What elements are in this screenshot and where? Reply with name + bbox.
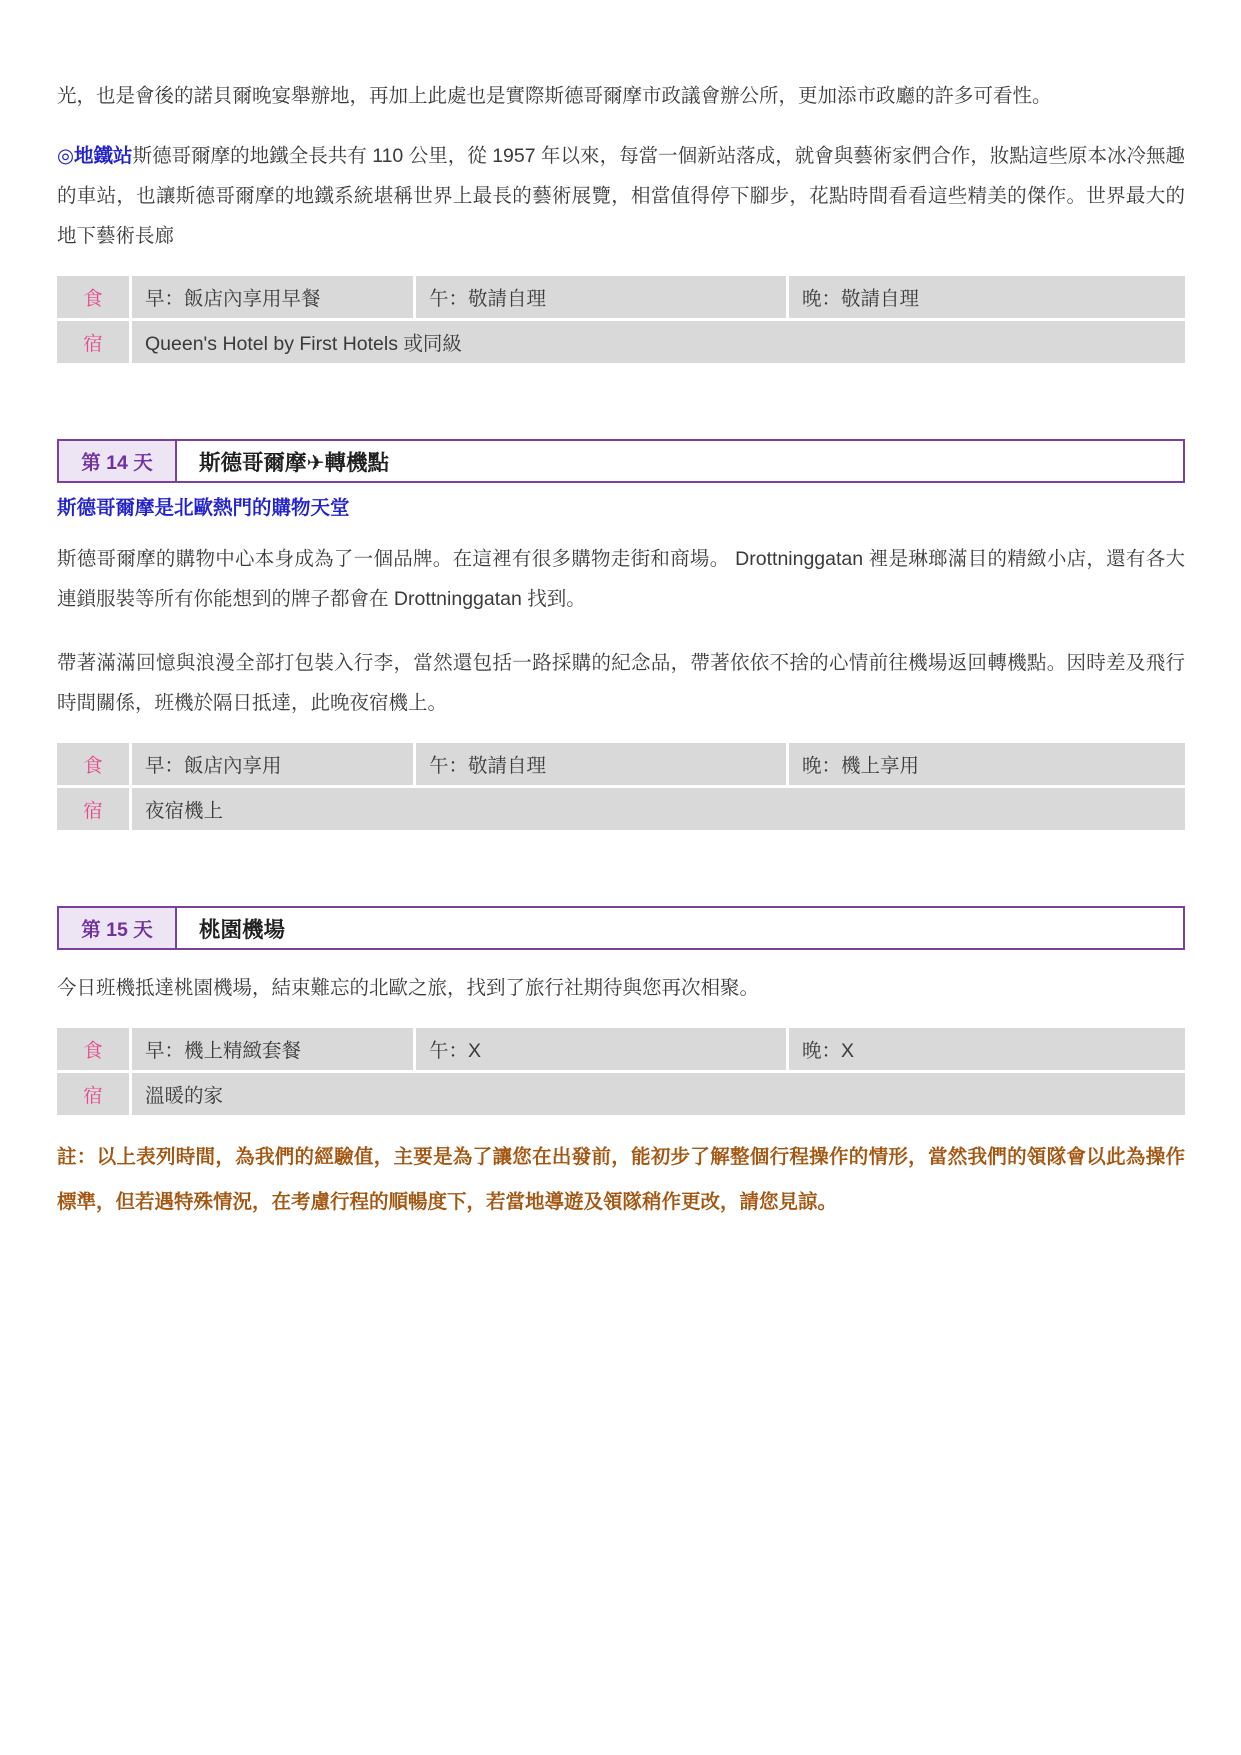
meal-table-day13: 食 早：飯店內享用早餐 午：敬請自理 晚：敬請自理 宿 Queen's Hote…	[57, 276, 1185, 363]
dinner-cell: 晚：機上享用	[789, 743, 1185, 785]
breakfast-cell: 早：飯店內享用	[132, 743, 413, 785]
breakfast-cell: 早：機上精緻套餐	[132, 1028, 413, 1070]
lunch-cell: 午：敬請自理	[416, 743, 786, 785]
meal-label: 食	[57, 276, 129, 318]
day14-label: 第 14 天	[59, 441, 177, 481]
breakfast-cell: 早：飯店內享用早餐	[132, 276, 413, 318]
day14-header: 第 14 天 斯德哥爾摩✈轉機點	[57, 439, 1185, 483]
day15-header: 第 15 天 桃園機場	[57, 906, 1185, 950]
stay-row: 宿 溫暖的家	[57, 1073, 1185, 1115]
cityhall-paragraph: 光，也是會後的諾貝爾晚宴舉辦地，再加上此處也是實際斯德哥爾摩市政議會辦公所，更加…	[57, 76, 1185, 116]
day15-title: 桃園機場	[177, 908, 285, 948]
stay-label: 宿	[57, 788, 129, 830]
stay-label: 宿	[57, 321, 129, 363]
metro-text: 斯德哥爾摩的地鐵全長共有 110 公里，從 1957 年以來，每當一個新站落成，…	[57, 145, 1185, 247]
itinerary-page: 光，也是會後的諾貝爾晚宴舉辦地，再加上此處也是實際斯德哥爾摩市政議會辦公所，更加…	[0, 0, 1241, 1755]
day14-subtitle: 斯德哥爾摩是北歐熱門的購物天堂	[57, 493, 1185, 523]
day14-title: 斯德哥爾摩✈轉機點	[177, 441, 389, 481]
meal-row: 食 早：機上精緻套餐 午：X 晚：X	[57, 1028, 1185, 1070]
meal-label: 食	[57, 743, 129, 785]
day14-paragraph-shopping: 斯德哥爾摩的購物中心本身成為了一個品牌。在這裡有很多購物走街和商場。 Drott…	[57, 539, 1185, 619]
stay-row: 宿 Queen's Hotel by First Hotels 或同級	[57, 321, 1185, 363]
meal-row: 食 早：飯店內享用早餐 午：敬請自理 晚：敬請自理	[57, 276, 1185, 318]
meal-row: 食 早：飯店內享用 午：敬請自理 晚：機上享用	[57, 743, 1185, 785]
stay-cell: Queen's Hotel by First Hotels 或同級	[132, 321, 1185, 363]
stay-label: 宿	[57, 1073, 129, 1115]
meal-label: 食	[57, 1028, 129, 1070]
stay-cell: 溫暖的家	[132, 1073, 1185, 1115]
meal-table-day15: 食 早：機上精緻套餐 午：X 晚：X 宿 溫暖的家	[57, 1028, 1185, 1115]
dinner-cell: 晚：X	[789, 1028, 1185, 1070]
metro-paragraph: ◎地鐵站斯德哥爾摩的地鐵全長共有 110 公里，從 1957 年以來，每當一個新…	[57, 136, 1185, 256]
day15-paragraph: 今日班機抵達桃園機場，結束難忘的北歐之旅，找到了旅行社期待與您再次相聚。	[57, 968, 1185, 1008]
schedule-note: 註：以上表列時間，為我們的經驗值，主要是為了讓您在出發前，能初步了解整個行程操作…	[57, 1135, 1185, 1225]
stay-cell: 夜宿機上	[132, 788, 1185, 830]
stay-row: 宿 夜宿機上	[57, 788, 1185, 830]
dinner-cell: 晚：敬請自理	[789, 276, 1185, 318]
meal-table-day14: 食 早：飯店內享用 午：敬請自理 晚：機上享用 宿 夜宿機上	[57, 743, 1185, 830]
day14-paragraph-departure: 帶著滿滿回憶與浪漫全部打包裝入行李，當然還包括一路採購的紀念品，帶著依依不捨的心…	[57, 643, 1185, 723]
metro-label: ◎地鐵站	[57, 145, 133, 167]
day15-label: 第 15 天	[59, 908, 177, 948]
lunch-cell: 午：X	[416, 1028, 786, 1070]
lunch-cell: 午：敬請自理	[416, 276, 786, 318]
